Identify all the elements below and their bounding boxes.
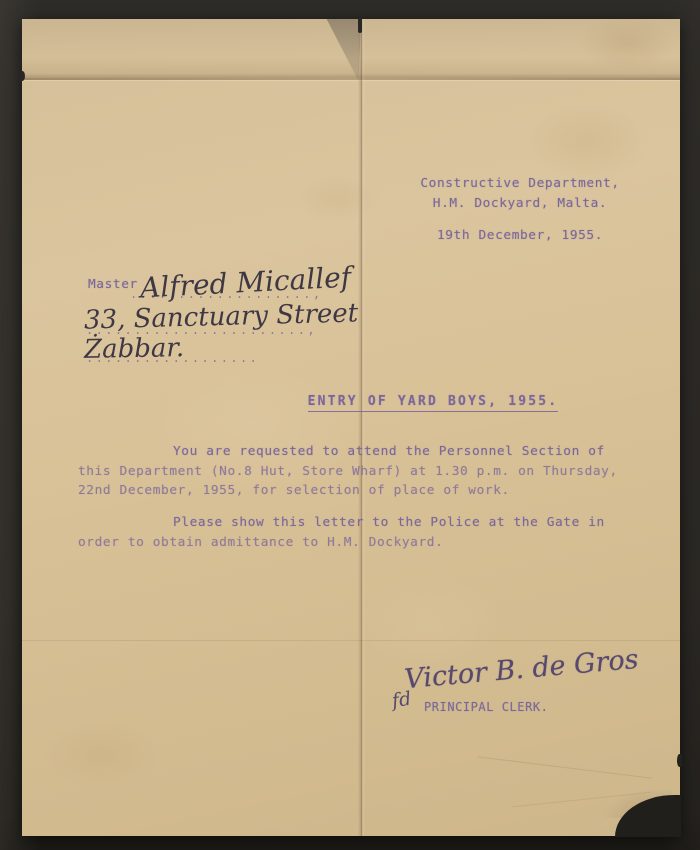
body-line: Please show this letter to the Police at…	[173, 513, 658, 533]
signature-for-abbrev: fd	[391, 688, 413, 712]
body-paragraph-1: You are requested to attend the Personne…	[78, 442, 658, 501]
letterhead-department: Constructive Department,	[420, 176, 619, 191]
body-line: order to obtain admittance to H.M. Docky…	[78, 533, 658, 553]
paper-sheet: Constructive Department, H.M. Dockyard, …	[22, 19, 680, 836]
fold-crease-vertical	[358, 19, 365, 836]
left-edge-notch	[20, 71, 25, 81]
body-line: You are requested to attend the Personne…	[173, 442, 658, 462]
right-edge-notch	[677, 754, 682, 767]
subject-line: ENTRY OF YARD BOYS, 1955.	[283, 394, 583, 409]
subject-title: ENTRY OF YARD BOYS, 1955.	[308, 394, 559, 412]
top-edge-notch	[358, 18, 362, 33]
body-line: 22nd December, 1955, for selection of pl…	[78, 481, 658, 501]
letter-date: 19th December, 1955.	[402, 226, 638, 246]
paper-wrinkle	[478, 756, 652, 778]
signer-title: PRINCIPAL CLERK.	[424, 700, 548, 714]
dotted-line-3: ..................	[86, 351, 259, 365]
signature-handwritten: Victor B. de Gros	[403, 644, 640, 695]
letterhead-location: H.M. Dockyard, Malta.	[433, 196, 607, 211]
body-paragraph-2: Please show this letter to the Police at…	[78, 513, 658, 552]
fold-crease-horizontal	[22, 78, 680, 80]
letterhead: Constructive Department, H.M. Dockyard, …	[402, 174, 638, 246]
scan-background: Constructive Department, H.M. Dockyard, …	[0, 0, 700, 850]
body-line: this Department (No.8 Hut, Store Wharf) …	[78, 462, 658, 482]
fold-crease-horizontal-lower	[22, 640, 680, 641]
